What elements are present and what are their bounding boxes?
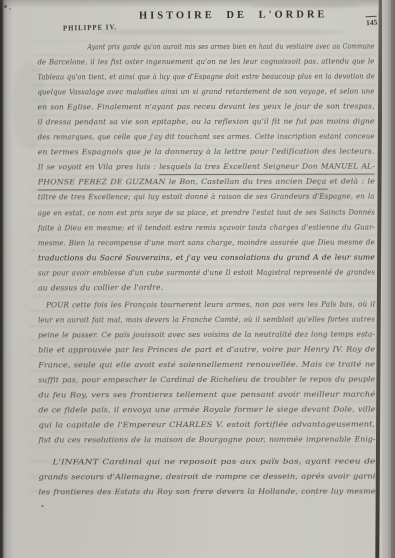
manuscript-line: les frontieres des Estats du Roy son fre… (39, 487, 376, 503)
manuscript-line: leur en auroit fait mal, mais devers la … (38, 314, 375, 330)
manuscript-line: en termes Espagnols que je la donneray à… (38, 147, 375, 163)
underline-stroke (159, 173, 375, 175)
manuscript-line: au dessus du collier de l'ordre. (38, 282, 375, 298)
paragraph: L'INFANT Cardinal qui ne reposoit pas au… (38, 457, 375, 503)
manuscript-line: des remarques, que celle que j'ay dit to… (38, 132, 375, 148)
manuscript-line: quelque Vassalage avec maladies ainsi un… (38, 87, 375, 103)
manuscript-line: du feu Roy, vers ses frontieres tellemen… (38, 390, 375, 406)
manuscript-line: grands secours d'Allemagne, desiroit de … (39, 472, 376, 488)
manuscript-line: blie et approuvée par les Princes de par… (38, 344, 375, 360)
manuscript-line: qui la capitale de l'Empereur CHARLES V.… (38, 420, 375, 436)
manuscript-line: de ce fidele païs, il envoya une armée R… (38, 405, 375, 421)
ink-speck (4, 5, 7, 8)
manuscript-line: age en estat, ce nom est pris soye de sa… (38, 207, 375, 223)
margin-note-philippe-iv: PHILIPPE IV. (63, 24, 117, 32)
manuscript-line: Il se voyoit en Vila pres luis : lesquel… (38, 162, 375, 178)
manuscript-line: fist du ces resolutions de la maison de … (38, 435, 375, 451)
paragraph: POUR cette fois les François tournerent … (38, 299, 375, 450)
page-header-title: HISTOIRE DE L'ORDRE (139, 9, 328, 21)
manuscript-line: L'INFANT Cardinal qui ne reposoit pas au… (38, 457, 375, 473)
manuscript-line: sur pour avoir emblesse d'un cube surmon… (38, 267, 375, 283)
manuscript-line: tiltre de tres Excellence; qui luy estoi… (38, 192, 375, 208)
manuscript-line: il dressa pendant sa vie son epitaphe, o… (38, 117, 375, 133)
ink-speck (41, 505, 44, 507)
ink-speck (9, 8, 11, 10)
manuscript-line: de Barcelone, il les fist oster ingenuem… (37, 57, 374, 73)
paragraph: Ayant pris garde qu'on auroit mis ses ar… (37, 42, 375, 299)
facing-page-edge (382, 0, 391, 558)
manuscript-scan-page: HISTOIRE DE L'ORDRE PHILIPPE IV. 145 Aya… (0, 0, 395, 558)
catchword-mark: ·‧· (306, 494, 317, 500)
manuscript-line: POUR cette fois les François tournerent … (38, 299, 375, 315)
manuscript-line: Ayant pris garde qu'on auroit mis ses ar… (37, 42, 374, 58)
manuscript-line: France, seule qui elle avoit esté solenn… (38, 360, 375, 376)
manuscript-line: PHONSE PEREZ DE GUZMAN le Bon, Castellan… (38, 177, 375, 193)
manuscript-line: suffit pas, pour empescher le Cardinal d… (38, 375, 375, 391)
manuscript-line: faite à Dieu en mesme; et il tendoit est… (38, 222, 375, 238)
binding-edge (391, 0, 395, 558)
underline-stroke (38, 188, 328, 190)
manuscript-line: mesme. Bien la recompense d'une mort san… (38, 237, 375, 253)
manuscript-line: traductions du Sacré Souverains, et j'ay… (38, 252, 375, 268)
top-edge-shadow (0, 0, 395, 8)
manuscript-line: Tableau qu'on tient, et ainsi que à luy … (37, 72, 374, 88)
manuscript-line: peine le passer. Ce païs jouissoit avec … (38, 329, 375, 345)
folio-number: 145 (366, 16, 378, 28)
manuscript-text: Ayant pris garde qu'on auroit mis ses ar… (37, 42, 375, 503)
manuscript-line: en son Eglise. Finalement n'ayant pas re… (38, 102, 375, 118)
smudge (95, 29, 345, 35)
